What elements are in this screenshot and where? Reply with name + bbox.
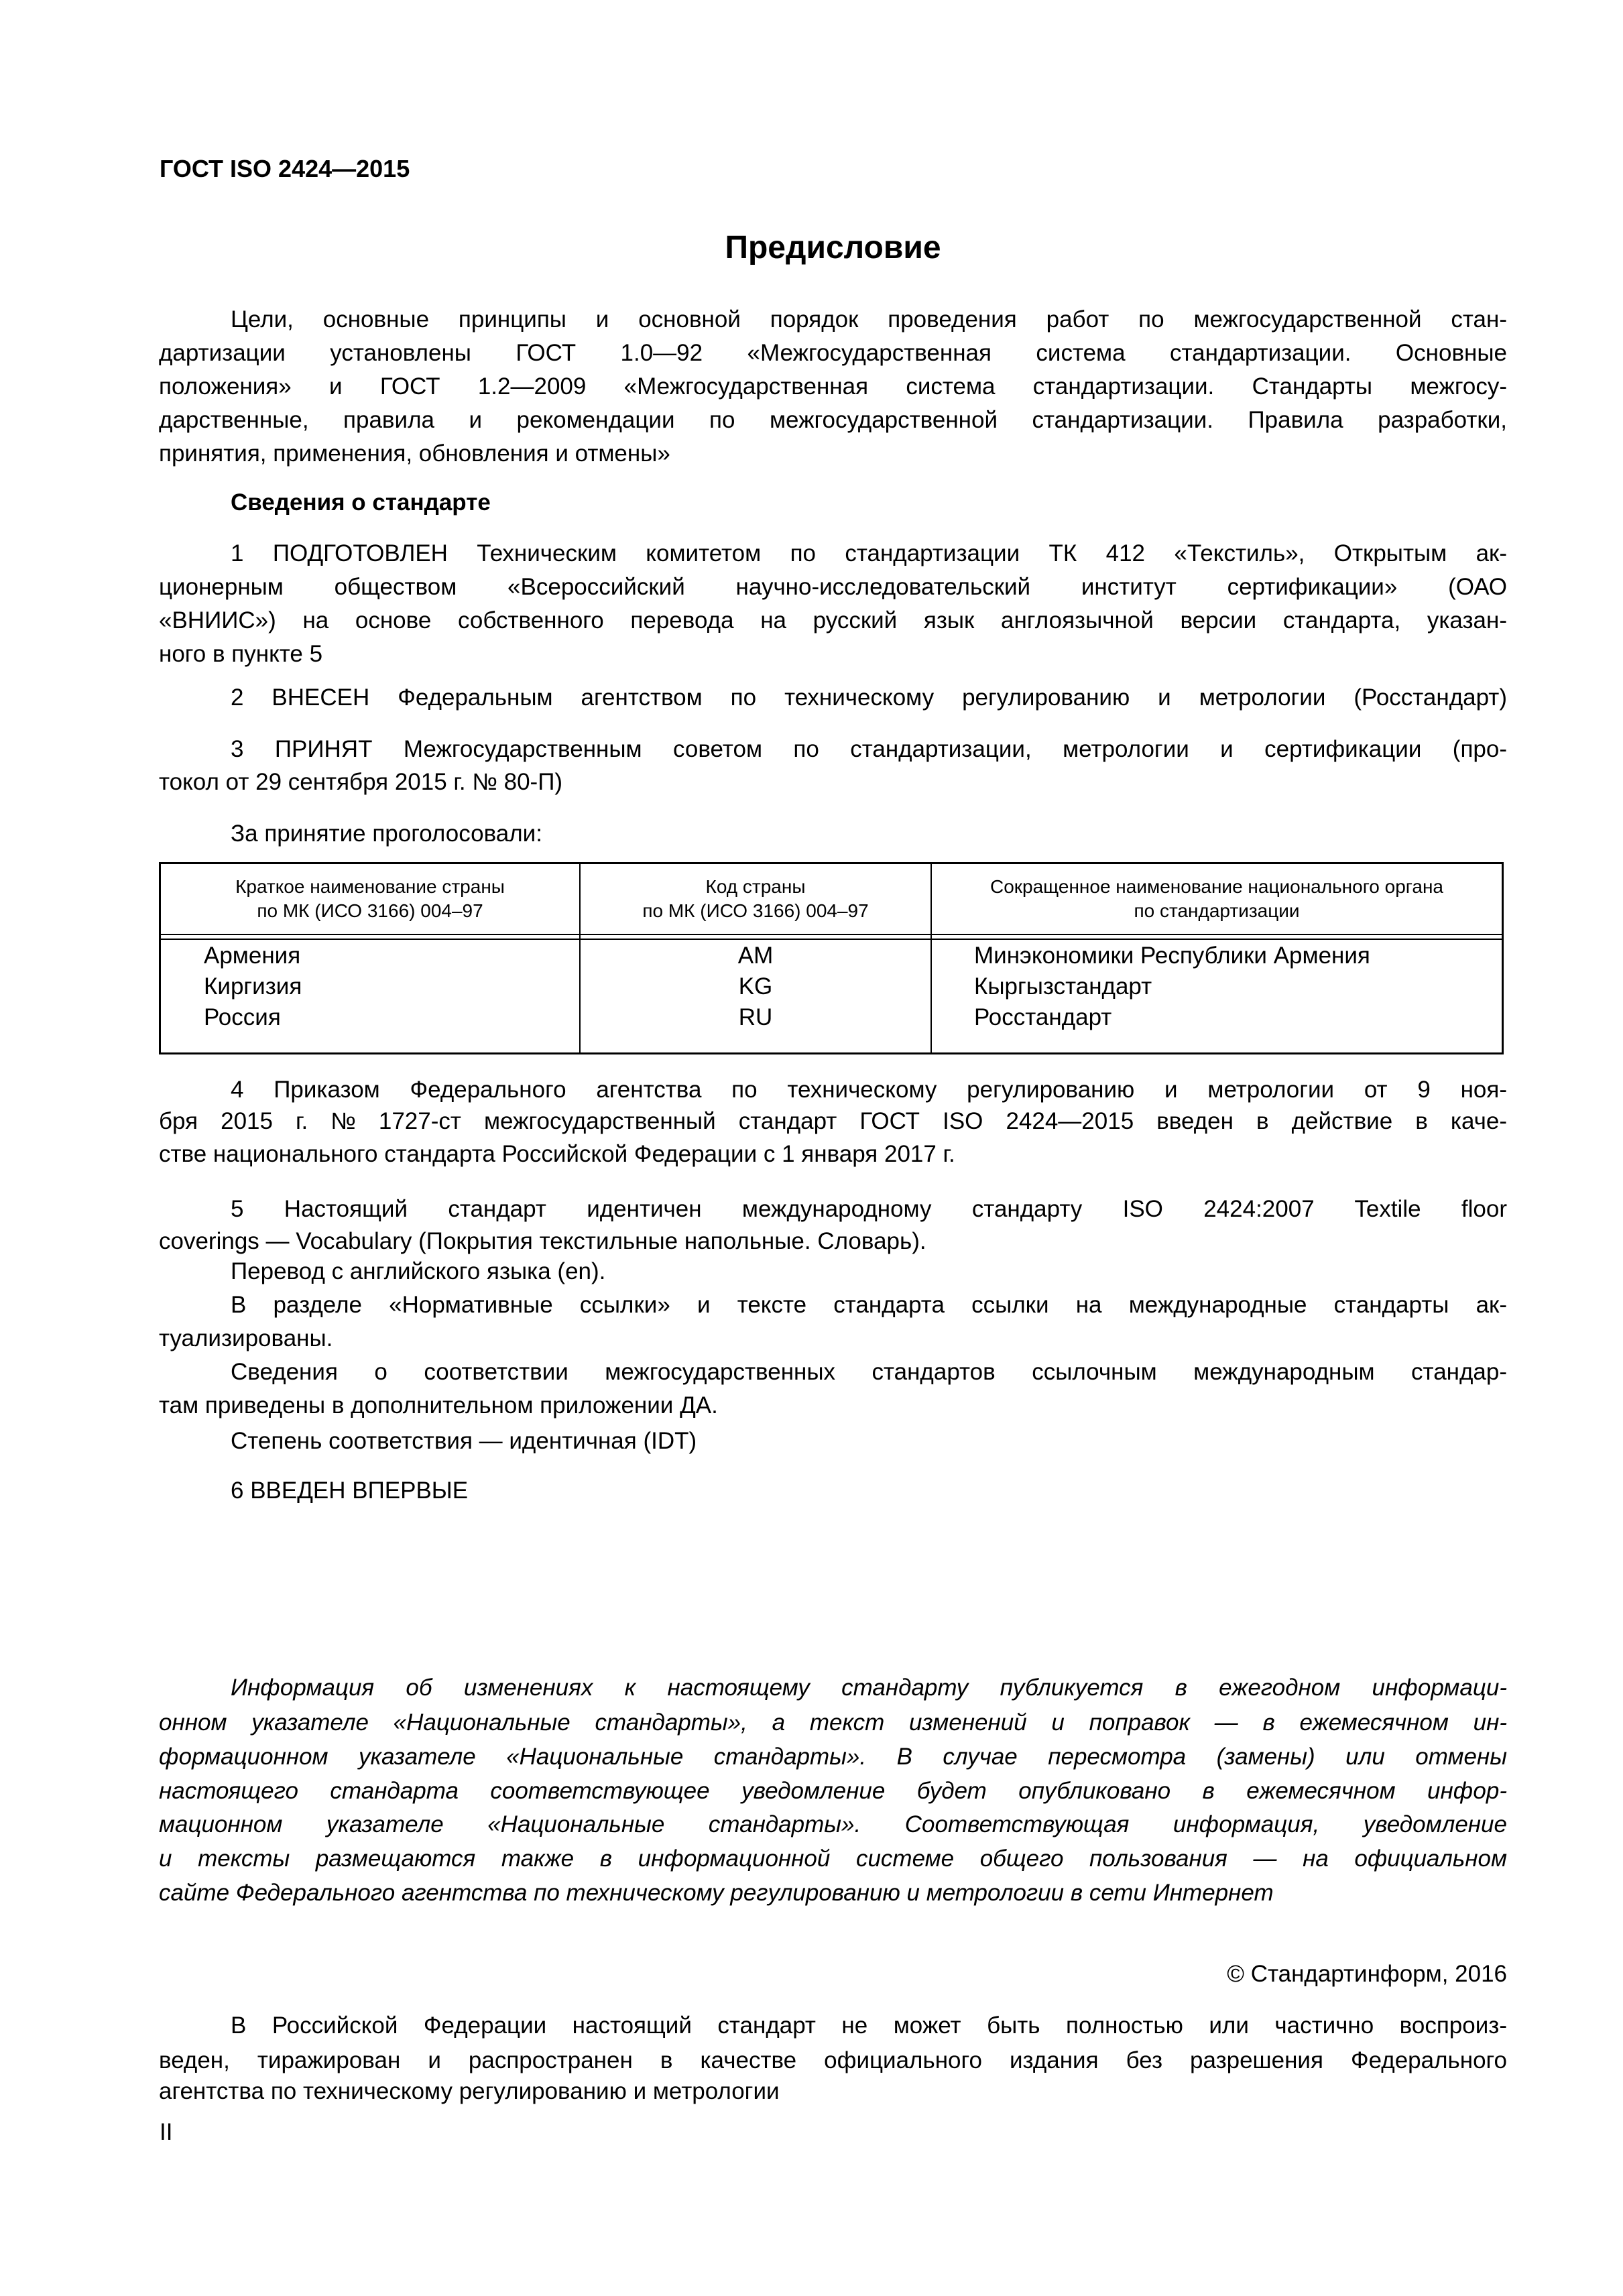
table-cell-body: Росстандарт [974, 1002, 1370, 1033]
table-cell-body: Кыргызстандарт [974, 971, 1370, 1002]
notice-line: сайте Федерального агентства по техничес… [159, 1876, 1507, 1910]
item-4-line: бря 2015 г. № 1727-ст межгосударственный… [159, 1105, 1507, 1138]
item-2-line: 2 ВНЕСЕН Федеральным агентством по техни… [231, 681, 1507, 715]
item-5-translation: Перевод с английского языка (en). [231, 1255, 1507, 1288]
intro-line: дарственные, правила и рекомендации по м… [159, 404, 1507, 437]
table-column-country: Армения Киргизия Россия [204, 941, 302, 1033]
item-1-line: ционерным обществом «Всероссийский научн… [159, 570, 1507, 604]
item-4-line: стве национального стандарта Российской … [159, 1138, 1507, 1171]
item-5-info-line: Сведения о соответствии межгосударственн… [231, 1355, 1507, 1389]
notice-line: онном указателе «Национальные стандарты»… [159, 1706, 1507, 1740]
item-5-info-line: там приведены в дополнительном приложени… [159, 1389, 1507, 1423]
item-1-line: ного в пункте 5 [159, 638, 1507, 671]
item-3-line: 3 ПРИНЯТ Межгосударственным советом по с… [231, 733, 1507, 766]
page-number: II [160, 2117, 172, 2148]
table-cell-code: AM [581, 941, 930, 971]
notice-line: мационном указателе «Национальные станда… [159, 1808, 1507, 1841]
notice-line: и тексты размещаются также в информацион… [159, 1842, 1507, 1876]
item-5-line: 5 Настоящий стандарт идентичен междунаро… [231, 1193, 1507, 1226]
item-5-refs-line: В разделе «Нормативные ссылки» и тексте … [231, 1288, 1507, 1322]
notice-line: Информация об изменениях к настоящему ст… [231, 1671, 1507, 1705]
copyright: © Стандартинформ, 2016 [1227, 1957, 1507, 1991]
item-5-refs-line: туализированы. [159, 1322, 1507, 1355]
item-6: 6 ВВЕДЕН ВПЕРВЫЕ [231, 1474, 1507, 1508]
table-cell-code: RU [581, 1002, 930, 1033]
table-cell-country: Армения [204, 941, 302, 971]
table-header-country: Краткое наименование страныпо МК (ИСО 31… [161, 864, 579, 934]
intro-line: принятия, применения, обновления и отмен… [159, 437, 1507, 471]
intro-line: положения» и ГОСТ 1.2—2009 «Межгосударст… [159, 370, 1507, 404]
table-cell-code: KG [581, 971, 930, 1002]
reproduction-line: В Российской Федерации настоящий стандар… [231, 2009, 1507, 2043]
document-id-header: ГОСТ ISO 2424—2015 [160, 153, 410, 185]
section-heading: Сведения о стандарте [231, 486, 491, 520]
reproduction-line: веден, тиражирован и распространен в кач… [159, 2044, 1507, 2077]
table-cell-country: Киргизия [204, 971, 302, 1002]
item-4-line: 4 Приказом Федерального агентства по тех… [231, 1073, 1507, 1107]
notice-line: формационном указателе «Национальные ста… [159, 1740, 1507, 1774]
reproduction-line: агентства по техническому регулированию … [159, 2075, 1507, 2108]
notice-line: настоящего стандарта соответствующее уве… [159, 1774, 1507, 1808]
intro-line: Цели, основные принципы и основной поряд… [231, 303, 1507, 337]
table-cell-country: Россия [204, 1002, 302, 1033]
table-header-divider [161, 934, 1502, 935]
table-header-divider [161, 939, 1502, 940]
item-1-line: «ВНИИС») на основе собственного перевода… [159, 604, 1507, 638]
item-3-line: токол от 29 сентября 2015 г. № 80-П) [159, 766, 1507, 799]
voting-countries-table: Краткое наименование страныпо МК (ИСО 31… [159, 862, 1504, 1054]
intro-line: дартизации установлены ГОСТ 1.0—92 «Межг… [159, 337, 1507, 370]
table-column-body: Минэкономики Республики Армения Кыргызст… [974, 941, 1370, 1033]
table-cell-body: Минэкономики Республики Армения [974, 941, 1370, 971]
page-title: Предисловие [159, 228, 1507, 268]
table-column-code: AM KG RU [581, 941, 930, 1033]
table-header-code: Код страныпо МК (ИСО 3166) 004–97 [581, 864, 930, 934]
item-1-line: 1 ПОДГОТОВЛЕН Техническим комитетом по с… [231, 537, 1507, 570]
item-5-line: coverings — Vocabulary (Покрытия текстил… [159, 1225, 1507, 1258]
item-5-degree: Степень соответствия — идентичная (IDT) [231, 1425, 1507, 1458]
voted-label: За принятие проголосовали: [231, 817, 1507, 851]
table-header-body: Сокращенное наименование национального о… [932, 864, 1502, 934]
